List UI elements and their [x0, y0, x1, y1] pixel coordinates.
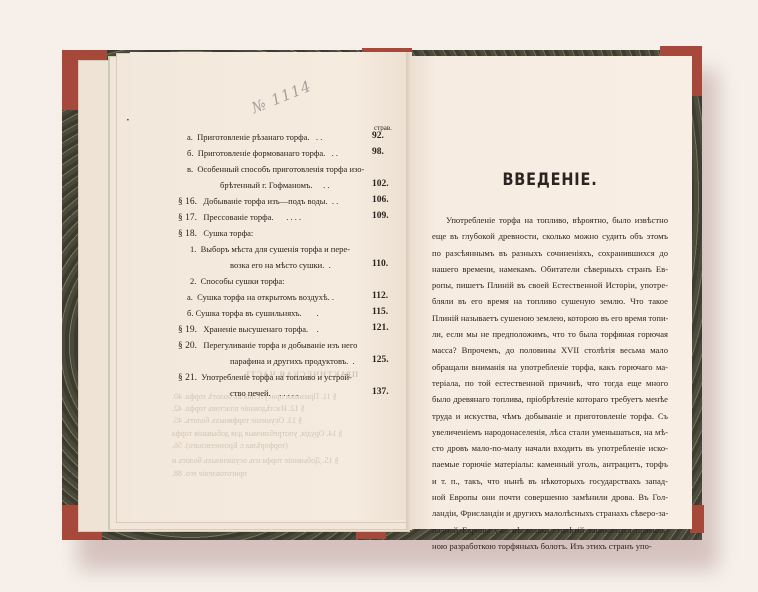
book-gutter — [406, 52, 412, 530]
ghost-line: § 15. Добываніе торфа изъ осушенныхъ бол… — [172, 456, 339, 465]
text-line: ной Европы они почти совершенно замѣнили… — [432, 489, 668, 505]
text-line: ли, если мы не предположимъ, что то была… — [432, 326, 668, 342]
toc-page-number: 121. — [372, 323, 389, 333]
toc-entry: б. Сушка торфа въ сушильняхъ. . — [187, 308, 319, 318]
toc-entry: § 21. Употребленіе торфа на топливо и ус… — [178, 372, 352, 383]
toc-entry: в. Особенный способъ приготовленія торфа… — [187, 164, 364, 174]
introduction-paragraph: Употребленіе торфа на топливо, вѣроятно,… — [432, 212, 668, 554]
toc-page-number: 106. — [372, 195, 389, 205]
cover-corner-bottom-right — [690, 505, 704, 533]
edge-ink-mark: · — [126, 113, 130, 127]
ghost-line: § 14. Орудія, употребляемыя для добывані… — [172, 429, 342, 438]
ghost-line: (торфорѣзка г. Брознеевскаго). 56. — [172, 441, 288, 450]
toc-entry-continued: ство печей. . . . . . — [230, 388, 298, 398]
text-line: ландіи, Фрисландіи и другихъ малолѣсныхъ… — [432, 505, 668, 521]
text-line: и т. п., такъ, что нынѣ въ нѣкоторыхъ го… — [432, 473, 668, 489]
text-line: падной Европы уже нѣсколько столѣтій зан… — [432, 522, 668, 538]
text-line: обращали вниманія на употребленіе торфа,… — [432, 359, 668, 375]
toc-page-number: 137. — [372, 387, 389, 397]
toc-entry: § 17. Прессованіе торфа. . . . . — [178, 212, 301, 223]
toc-page-number: 92. — [372, 131, 384, 141]
toc-entry-continued: брѣтенный г. Гофманомъ. . . — [220, 180, 330, 190]
ghost-line: приготовленіе его. 88. — [172, 469, 247, 478]
toc-page-number: 109. — [372, 211, 389, 221]
ghost-line: § 13. Осушеніе торфяныхъ болотъ. 45. — [172, 416, 302, 425]
text-line: сто дровъ мало-по-малу начали входить въ… — [432, 440, 668, 456]
toc-page-number: 112. — [372, 291, 388, 301]
text-line: по разсѣяннымъ въ разныхъ сочиненіяхъ, с… — [432, 245, 668, 261]
toc-entry: 2. Способы сушки торфа: — [190, 276, 285, 286]
toc-entry-continued: возка его на мѣсто сушки. . — [230, 260, 331, 270]
text-line: было древянаго топлива, пріобрѣтеніе кот… — [432, 391, 668, 407]
ghost-line: § 12. Изслѣдованіе пластовъ торфа. 42. — [172, 404, 305, 413]
toc-entry-continued: парафина и другихъ продуктовъ. . — [230, 356, 355, 366]
text-line: ропы, пишетъ Плиній въ своей Естественно… — [432, 277, 668, 293]
text-line: теріала, по той естественной причинѣ, чт… — [432, 375, 668, 391]
toc-page-number: 125. — [372, 355, 389, 365]
toc-entry: § 16. Добываніе торфа изъ—подъ воды. . . — [178, 196, 338, 207]
text-line: паемые горючіе матеріалы: каменный уголь… — [432, 456, 668, 472]
text-line: Плиній называетъ сушеною землею, которою… — [432, 310, 668, 326]
toc-entry: 1. Выборъ мѣста для сушенія торфа и пере… — [190, 244, 350, 254]
toc-page-number: 102. — [372, 179, 389, 189]
text-line: еще въ глубокой древности, сколько можно… — [432, 228, 668, 244]
toc-entry: § 20. Перегуливаніе торфа и добываніе из… — [178, 340, 357, 351]
text-line: масса? Впрочемъ, до половины XVII столѣт… — [432, 342, 668, 358]
text-line: бляли въ его время на топливо сушеную зе… — [432, 293, 668, 309]
text-line: труда и искуства, чѣмъ добываніе и приго… — [432, 408, 668, 424]
toc-entry: а. Приготовленіе рѣзанаго торфа. . . — [187, 132, 322, 142]
toc-entry: § 19. Храненіе высушенаго торфа. . — [178, 324, 319, 335]
toc-page-number: 110. — [372, 259, 388, 269]
text-line: увеличеніемъ народонаселенія, лѣса стали… — [432, 424, 668, 440]
toc-page-number: 98. — [372, 147, 384, 157]
toc-entry: б. Приготовленіе формованаго торфа. . . — [187, 148, 338, 158]
chapter-title: ВВЕДЕНІЕ. — [429, 170, 670, 190]
text-line: ною разработкою торфяныхъ болотъ. Изъ эт… — [432, 538, 668, 554]
text-line: нашего времени, намекамъ. Обитатели сѣве… — [432, 261, 668, 277]
toc-entry: а. Сушка торфа на открытомъ воздухѣ. . — [187, 292, 334, 302]
toc-entry: § 18. Сушка торфа: — [178, 228, 253, 239]
toc-page-number: 115. — [372, 307, 388, 317]
text-line: Употребленіе торфа на топливо, вѣроятно,… — [432, 212, 668, 228]
